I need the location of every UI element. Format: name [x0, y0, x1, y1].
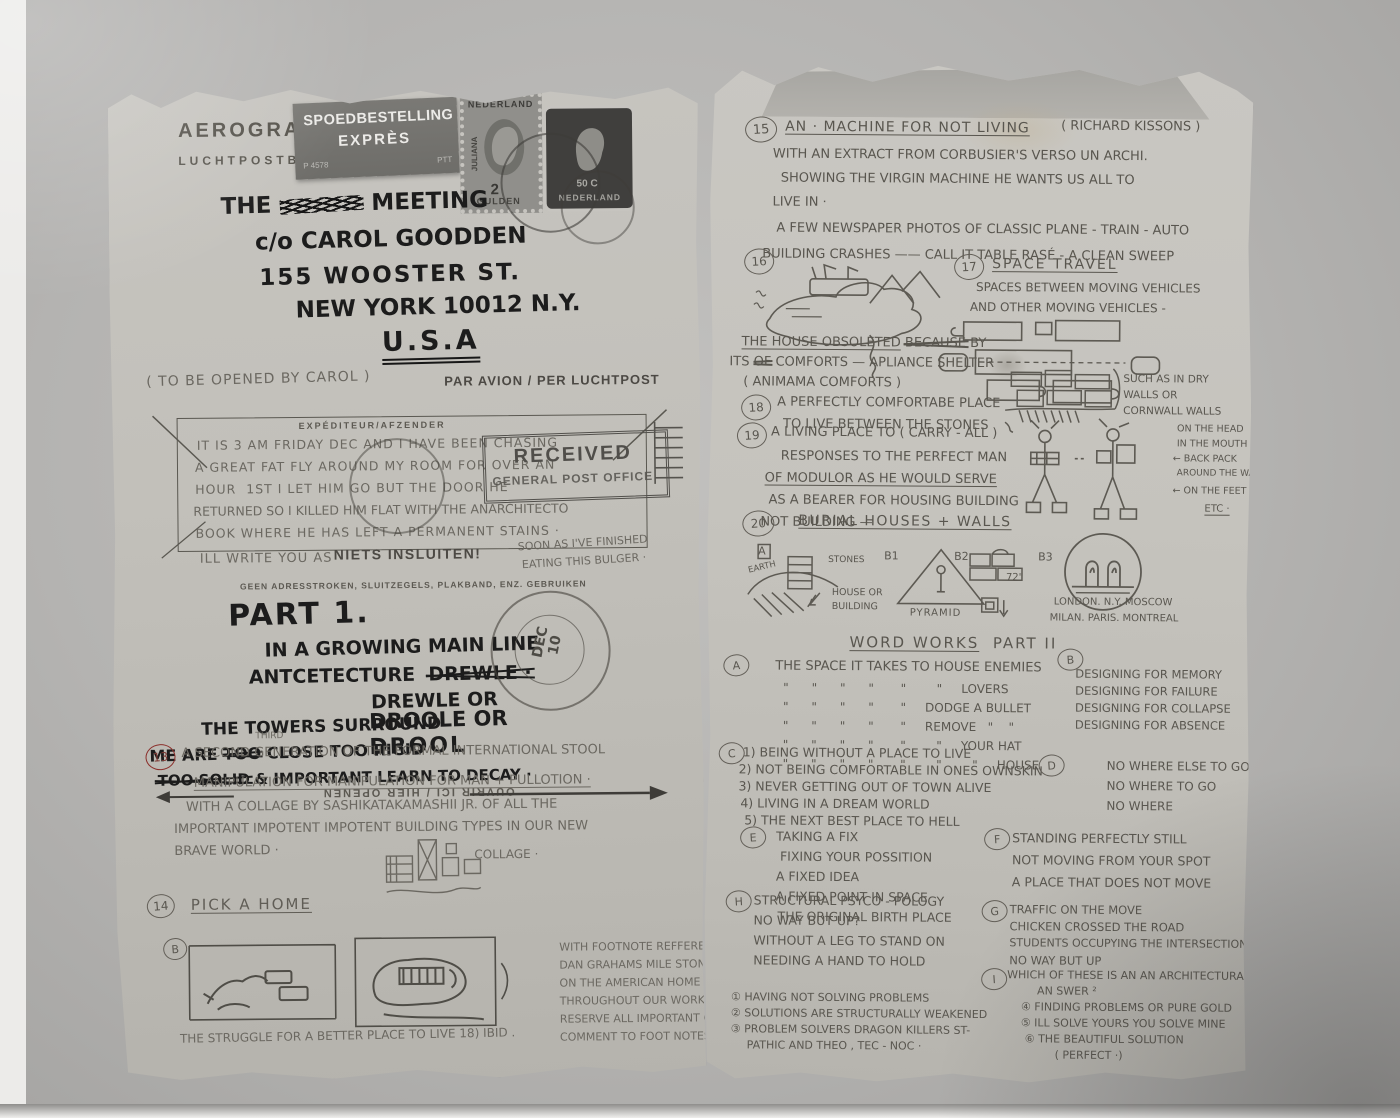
address-line-4: NEW YORK 10012 N.Y. — [295, 290, 580, 323]
itemF-line-2: NOT MOVING FROM YOUR SPOT — [1012, 852, 1211, 868]
part1-antcetecture: ANTCETECTURE — [249, 664, 416, 689]
itemI-marker: I — [980, 967, 1007, 991]
burial-stones-label: STONES — [828, 555, 865, 565]
wall-size-label: 72" — [1006, 572, 1023, 583]
item13-line4: IMPORTANT IMPOTENT IMPOTENT BUILDING TYP… — [174, 818, 588, 837]
item19-note-5: ← ON THE FEET — [1173, 485, 1247, 497]
item20-number: 20 — [742, 509, 776, 537]
address-line-5: U.S.A — [381, 325, 480, 366]
item13-line5: BRAVE WORLD · — [174, 843, 279, 859]
item13-generation: GENERATION OF THE FORMAL INTERNATIONAL S… — [254, 742, 605, 760]
item15-line4: LIVE IN · — [773, 195, 827, 210]
collage-sketch — [384, 833, 485, 906]
struggle-caption: THE STRUGGLE FOR A BETTER PLACE TO LIVE … — [180, 1025, 516, 1045]
part1-title: PART 1. — [228, 595, 370, 634]
received-stamp-line2: GENERAL POST OFFICE — [492, 469, 653, 489]
itemG-line-2: CHICKEN CROSSED THE ROAD — [1009, 919, 1184, 934]
footnote-6: ⑥ THE BEAUTIFUL SOLUTION — [1025, 1032, 1184, 1046]
item19-note-4: AROUND THE WAIST — [1177, 468, 1269, 479]
envelope-flap — [737, 64, 1229, 119]
item18-side-note-1: SUCH AS IN DRY — [1123, 373, 1209, 386]
item15-title: AN · MACHINE FOR NOT LIVING — [785, 119, 1030, 137]
item20-title: BURIAL HOUSES + WALLS — [798, 513, 1011, 530]
itemD-marker: D — [1038, 754, 1065, 778]
itemG-line-3: STUDENTS OCCUPYING THE INTERSECTION — [1009, 936, 1247, 951]
item18-side-note-3: CORNWALL WALLS — [1123, 405, 1221, 418]
open-note: ( TO BE OPENED BY CAROL ) — [146, 368, 371, 390]
write-you-note: ILL WRITE YOU AS — [200, 551, 333, 567]
circular-postmark-expediteur — [349, 438, 446, 535]
itemC-line-3: 3) NEVER GETTING OUT OF TOWN ALIVE — [738, 778, 991, 795]
dec10-postmark-date: DEC10 — [530, 625, 566, 662]
item19-line2: RESPONSES TO THE PERFECT MAN — [781, 449, 1007, 466]
itemD-line-2: NO WHERE TO GO — [1106, 779, 1216, 794]
item13-third-insert: THIRD — [255, 731, 283, 741]
item17-line2: SPACES BETWEEN MOVING VEHICLES — [976, 280, 1201, 296]
hatch-marks — [651, 420, 686, 486]
itemH-line-4: NEEDING A HAND TO HOLD — [753, 952, 925, 968]
itemD-line-1: NO WHERE ELSE TO GO — [1107, 759, 1250, 774]
address-line-3: 155 WOOSTER ST. — [259, 259, 521, 291]
burial-house-or-label: HOUSE OR — [832, 587, 883, 598]
itemH-line-2: NO WAY BUT UP? — [754, 912, 861, 928]
house-comforts: COMFORTS — APLIANCE SHELTER — [775, 355, 994, 372]
itemF-line-3: A PLACE THAT DOES NOT MOVE — [1012, 874, 1211, 890]
item13-line3: WITH A COLLAGE BY SASHIKATAKAMASHII JR. … — [186, 797, 557, 815]
itemH-line-1: STRUCTURAL PSYCO - POLOGY — [754, 892, 945, 908]
item15-line5: A FEW NEWSPAPER PHOTOS OF CLASSIC PLANE … — [776, 221, 1189, 239]
footnote-6b: ( PERFECT ·) — [1055, 1049, 1123, 1062]
itemC-line-2: 2) NOT BEING COMFORTABLE IN ONES OWNSKIN — [739, 761, 1043, 778]
house-its: ITS — [729, 354, 749, 369]
itemH-marker: H — [725, 890, 752, 914]
express-label-ptt: PTT — [437, 155, 452, 165]
item19-number: 19 — [736, 422, 768, 450]
hand-sketch-panel — [187, 943, 338, 1024]
par-avion-label: PAR AVION / PER LUCHTPOST — [444, 372, 660, 389]
part1-line2: ANTCETECTURE DREWLE · — [249, 662, 532, 689]
photograph-background: AEROGRAMME LUCHTPOSTBLAD SPOEDBESTELLING… — [0, 0, 1400, 1118]
item15-line3: SHOWING THE VIRGIN MACHINE HE WANTS US A… — [781, 171, 1135, 188]
item14-number: 14 — [146, 893, 176, 919]
itemE-line-2: FIXING YOUR POSSITION — [780, 849, 932, 865]
house-by: BY — [970, 336, 986, 351]
itemG-line-4: NO WAY BUT UP — [1009, 953, 1101, 968]
address-line-2: c/o CAROL GOODDEN — [255, 223, 527, 256]
item13-number: 13 — [145, 743, 177, 771]
itemA-header: THE SPACE IT TAKES TO HOUSE ENEMIES — [775, 659, 1041, 676]
postmark-cancel-circle-2 — [560, 170, 635, 245]
house-obsoleted-line1: THE HOUSE OBSOLETED BECAUSE BY — [742, 334, 987, 351]
burial-a-label: A — [758, 544, 766, 557]
itemC-line-1: 1) BEING WITHOUT A PLACE TO LIVE — [743, 744, 972, 761]
niets-insluiten-label: NIETS INSLUITEN! — [334, 545, 482, 562]
express-label-code: P 4578 — [303, 160, 329, 170]
itemH-line-3: WITHOUT A LEG TO STAND ON — [753, 932, 945, 948]
express-label-line2: EXPRÈS — [338, 130, 412, 150]
itemE-marker: E — [739, 826, 766, 850]
address-meeting: MEETING — [371, 187, 488, 216]
item17-title: SPACE TRAVEL — [992, 256, 1118, 273]
item14-b-marker: B — [162, 937, 188, 961]
item18-side-note-2: WALLS OR — [1123, 389, 1177, 401]
expediteur-label: EXPÉDITEUR/AFZENDER — [299, 420, 446, 431]
wordworks-title: WORD WORKS PART II — [849, 633, 1057, 652]
wordworks-title-part: PART II — [993, 634, 1058, 652]
part1-line4b: DROOLE OR — [369, 706, 508, 734]
footnote-4: ④ FINDING PROBLEMS OR PURE GOLD — [1021, 1000, 1232, 1014]
burial-b2-label: B2 — [954, 550, 969, 563]
itemA-row-3: " " " " " REMOVE " " — [783, 719, 1014, 735]
itemG-line-1: TRAFFIC ON THE MOVE — [1010, 902, 1143, 917]
itemA-row-2: " " " " " DODGE A BULLET — [783, 700, 1031, 716]
footnote-5: ⑤ ILL SOLVE YOURS YOU SOLVE MINE — [1021, 1016, 1226, 1030]
cities-label-2: MILAN. PARIS. MONTREAL — [1050, 613, 1179, 625]
itemB-line-1: DESIGNING FOR MEMORY — [1075, 667, 1222, 682]
item17-number: 17 — [953, 253, 985, 281]
burial-b3-label: B3 — [1038, 550, 1053, 563]
footnote-3b: PATHIC AND THEO , TEC - NOC · — [747, 1038, 922, 1052]
modulor-figures-sketch — [1016, 418, 1167, 539]
burial-building-label: BUILDING — [832, 601, 878, 612]
item19-note-1: ON THE HEAD — [1177, 423, 1244, 434]
itemI-line-1: WHICH OF THESE IS AN AN ARCHITECTURAL — [1007, 968, 1250, 983]
item15-line2: WITH AN EXTRACT FROM CORBUSIER'S VERSO U… — [773, 147, 1148, 165]
footnote-1: ① HAVING NOT SOLVING PROBLEMS — [731, 990, 929, 1004]
photo-paper-edge-bottom — [0, 1104, 1400, 1118]
geen-adresstroken-label: GEEN ADRESSTROKEN, SLUITZEGELS, PLAKBAND… — [240, 578, 587, 591]
itemA-row-1: " " " " " " LOVERS — [783, 681, 1008, 697]
itemF-marker: F — [983, 827, 1010, 851]
itemF-line-1: STANDING PERFECTLY STILL — [1012, 830, 1187, 846]
itemE-line-3: A FIXED IDEA — [776, 869, 859, 885]
item19-note-3: ← BACK PACK — [1173, 453, 1237, 464]
letter-notes-sheet: 15 AN · MACHINE FOR NOT LIVING ( RICHARD… — [702, 58, 1253, 1086]
home-sketch-panel — [353, 935, 514, 1032]
received-stamp: RECEIVED GENERAL POST OFFICE — [482, 429, 670, 503]
item18-number: 18 — [740, 394, 772, 422]
received-stamp-line1: RECEIVED — [513, 442, 632, 469]
item19-note-2: IN THE MOUTH — [1177, 438, 1248, 449]
itemD-line-3: NO WHERE — [1106, 799, 1173, 813]
because-struck: BECAUSE — [905, 335, 966, 350]
house-obsoleted: THE HOUSE OBSOLETED — [742, 334, 901, 350]
item17-line3: AND OTHER MOVING VEHICLES - — [970, 300, 1166, 315]
itemB-line-3: DESIGNING FOR COLLAPSE — [1075, 701, 1231, 716]
scribbled-word — [279, 195, 364, 215]
itemA-marker: A — [723, 654, 750, 678]
item19-line3: OF MODULOR AS HE WOULD SERVE — [765, 471, 997, 488]
item13-a-second: A SECOND — [181, 745, 250, 761]
pyramid-label: PYRAMID — [910, 608, 962, 619]
wall-with-niche-sketch — [968, 552, 1032, 622]
item15-number: 15 — [744, 115, 778, 143]
footnote-line-3: ON THE AMERICAN HOME · — [559, 975, 707, 989]
itemG-marker: G — [981, 899, 1008, 923]
item19-note-etc: ETC · — [1204, 504, 1229, 515]
footnote-3: ③ PROBLEM SOLVERS DRAGON KILLERS ST- — [731, 1022, 971, 1037]
itemC-line-5: 5) THE NEXT BEST PLACE TO HELL — [744, 812, 959, 829]
item18-line1: A PERFECTLY COMFORTABE PLACE — [777, 395, 1000, 412]
item19-line4: AS A BEARER FOR HOUSING BUILDING — [768, 493, 1018, 510]
item14-title: PICK A HOME — [191, 895, 312, 914]
of-struck: OF — [754, 354, 772, 369]
aerogramme-front-sheet: AEROGRAMME LUCHTPOSTBLAD SPOEDBESTELLING… — [108, 83, 707, 1080]
address-line-1: THE MEETING — [220, 187, 488, 220]
express-label: SPOEDBESTELLING EXPRÈS P 4578 PTT — [293, 97, 460, 180]
footnote-2: ② SOLUTIONS ARE STRUCTURALLY WEAKENED — [731, 1006, 987, 1021]
itemI-line-2: AN SWER ² — [1037, 984, 1097, 997]
collage-label: COLLAGE · — [474, 847, 538, 862]
house-obsoleted-line3: ( ANIMAMA COMFORTS ) — [743, 374, 901, 390]
item19-line1: A LIVING PLACE TO ( CARRY - ALL ) — [771, 425, 998, 442]
island-landscape-sketch — [751, 256, 952, 367]
photo-paper-edge-left — [0, 0, 26, 1118]
cities-label-1: LONDON. N.Y. MOSCOW — [1054, 597, 1173, 609]
wordworks-title-main: WORD WORKS — [849, 633, 979, 652]
itemB-line-2: DESIGNING FOR FAILURE — [1075, 684, 1218, 699]
itemE-line-1: TAKING A FIX — [776, 829, 858, 845]
stamp-country: NEDERLAND — [468, 99, 534, 110]
address-the: THE — [220, 193, 271, 220]
itemB-line-4: DESIGNING FOR ABSENCE — [1075, 718, 1225, 733]
itemC-line-4: 4) LIVING IN A DREAM WORLD — [740, 795, 929, 811]
item13-line1: A SECOND GENERATION OF THE FORMAL INTERN… — [181, 742, 605, 761]
item15-attribution: ( RICHARD KISSONS ) — [1061, 119, 1200, 135]
house-obsoleted-line2: ITS OF COMFORTS — APLIANCE SHELTER — [729, 354, 994, 371]
express-label-line1: SPOEDBESTELLING — [303, 107, 454, 130]
